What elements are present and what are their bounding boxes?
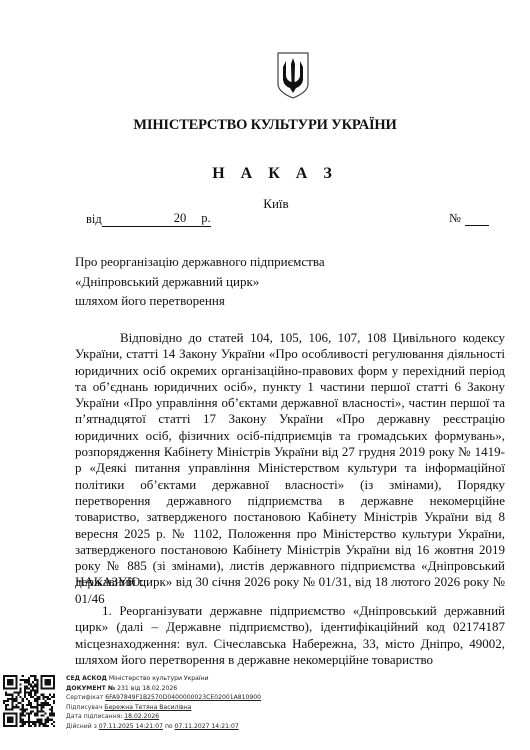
- stamp-doc-number: 231: [117, 685, 129, 692]
- subject-line: «Дніпровський державний цирк»: [75, 272, 375, 292]
- year-blank: [189, 214, 201, 227]
- number-blank: [465, 214, 489, 226]
- order-subject: Про реорганізацію державного підприємств…: [75, 252, 375, 311]
- subject-line: шляхом його перетворення: [75, 291, 375, 311]
- stamp-signed-date: 18.02.2026: [124, 713, 159, 720]
- preamble: Відповідно до статей 104, 105, 106, 107,…: [75, 330, 505, 607]
- stamp-doc-label: ДОКУМЕНТ №: [66, 685, 115, 692]
- date-year: 20: [172, 211, 190, 227]
- date-suffix: р.: [201, 211, 210, 227]
- number-label: №: [449, 211, 461, 225]
- stamp-valid-to: 07.11.2027 14:21:07: [175, 723, 239, 730]
- stamp-signer: Бережна Тетяна Василівна: [104, 704, 191, 711]
- document-number: №: [449, 211, 489, 226]
- stamp-valid-label: Дійсний з: [66, 723, 97, 730]
- stamp-doc-date: 18.02.2026: [142, 685, 177, 692]
- date-line: від 20 р.: [86, 211, 211, 227]
- stamp-system: СЕД АСКОД: [66, 675, 107, 682]
- preamble-text: Відповідно до статей 104, 105, 106, 107,…: [75, 330, 505, 607]
- coat-of-arms-icon: [276, 52, 310, 99]
- date-blank: [102, 214, 172, 227]
- qr-code-icon: [3, 673, 55, 729]
- stamp-signer-label: Підписувач: [66, 704, 102, 711]
- stamp-valid-to-label: по: [165, 723, 173, 730]
- date-prefix: від: [86, 212, 102, 227]
- stamp-certificate: 6FA97849F1B2570D0400000023CE02001A810900: [105, 694, 261, 701]
- order-items: 1. Реорганізувати державне підприємство …: [75, 603, 505, 668]
- stamp-signed-date-label: Дата підписання:: [66, 713, 122, 720]
- stamp-valid-from: 07.11.2025 14:21:07: [99, 723, 163, 730]
- order-item: 1. Реорганізувати державне підприємство …: [75, 603, 505, 668]
- stamp-org: Міністерство культури України: [109, 675, 209, 682]
- stamp-doc-date-label: від: [131, 685, 141, 692]
- stamp-cert-label: Сертифікат: [66, 694, 103, 701]
- subject-line: Про реорганізацію державного підприємств…: [75, 252, 375, 272]
- city: Київ: [0, 196, 530, 212]
- digital-signature-stamp: СЕД АСКОД Міністерство культури України …: [66, 674, 261, 732]
- ministry-name: МІНІСТЕРСТВО КУЛЬТУРИ УКРАЇНИ: [0, 117, 530, 134]
- document-type-title: Н А К А З: [0, 165, 530, 183]
- order-heading: НАКАЗУЮ:: [75, 574, 144, 590]
